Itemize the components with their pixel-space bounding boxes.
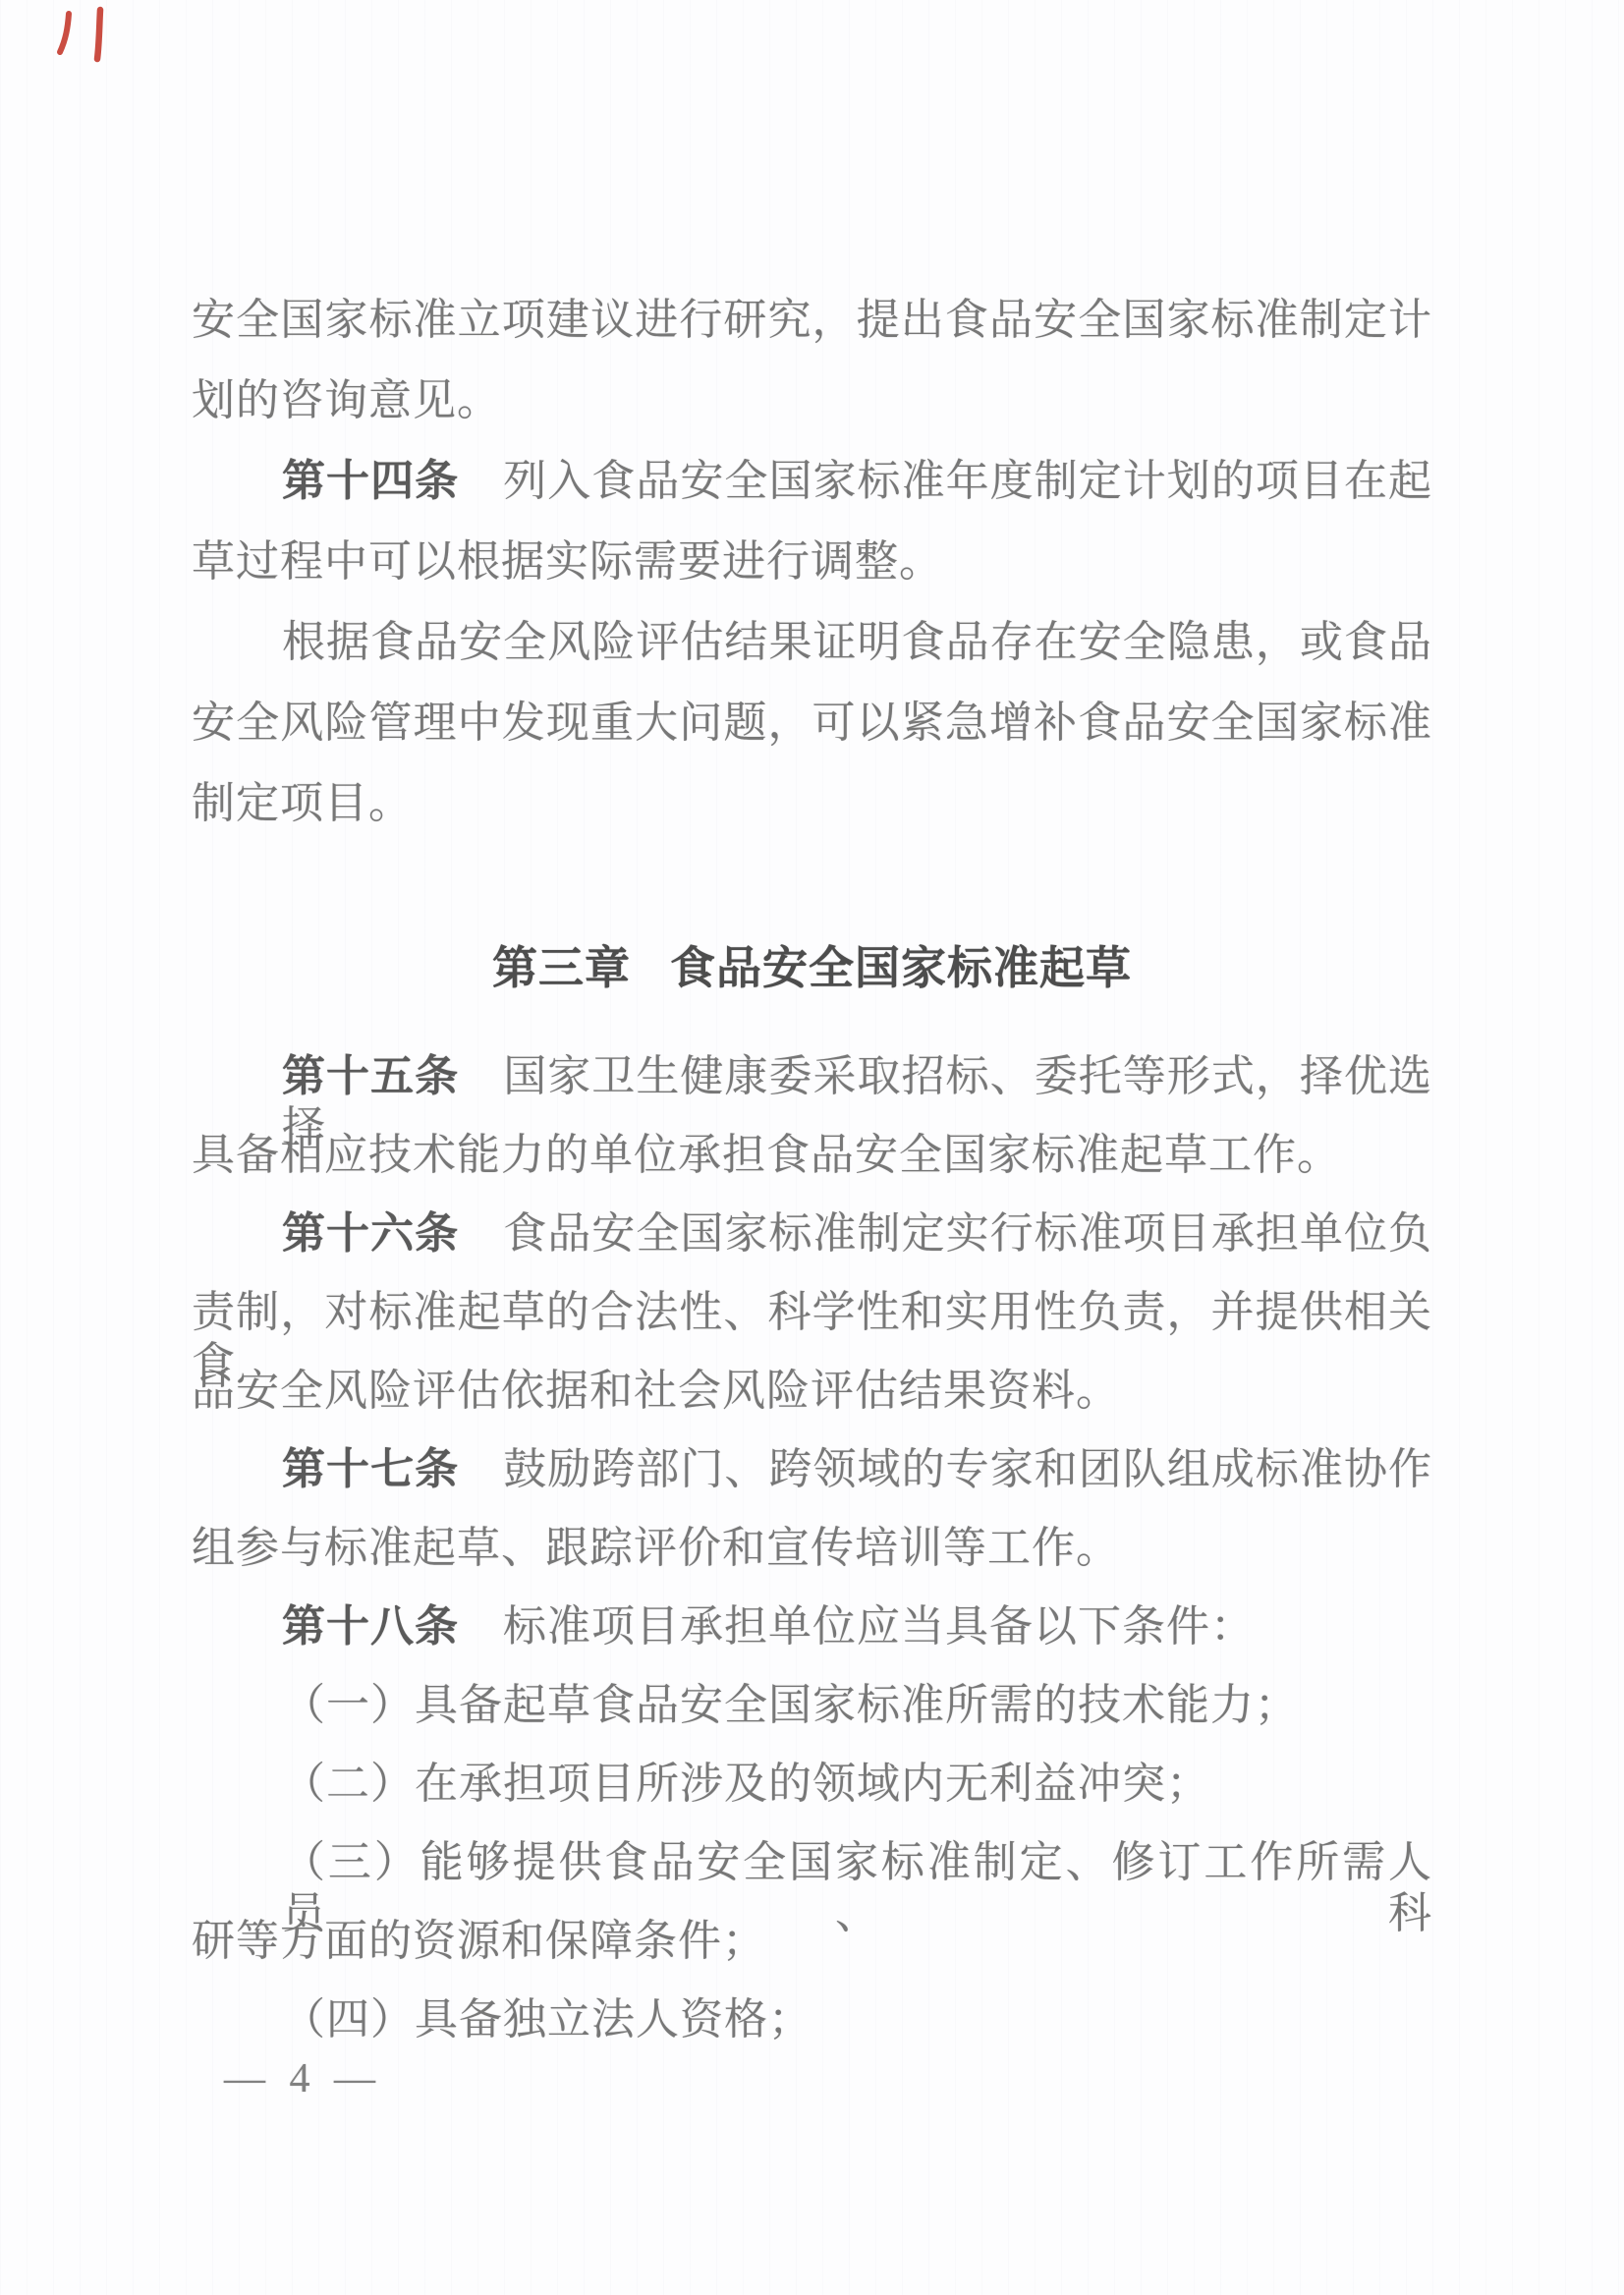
chapter-number: 第三章 bbox=[492, 942, 631, 993]
body-line: （四）具备独立法人资格； bbox=[192, 1994, 1432, 2045]
body-line: 具备相应技术能力的单位承担食品安全国家标准起草工作。 bbox=[192, 1130, 1432, 1181]
page-number: — 4 — bbox=[224, 2057, 382, 2100]
article-number: 第十五条 bbox=[282, 1052, 459, 1100]
body-line: 组参与标准起草、跟踪评价和宣传培训等工作。 bbox=[192, 1523, 1432, 1574]
document-page: 安全国家标准立项建议进行研究，提出食品安全国家标准制定计 划的咨询意见。 第十四… bbox=[0, 0, 1624, 2295]
body-line: 第十四条 列入食品安全国家标准年度制定计划的项目在起 bbox=[192, 456, 1432, 507]
chapter-title: 食品安全国家标准起草 bbox=[670, 942, 1132, 993]
body-line: 研等方面的资源和保障条件； bbox=[192, 1916, 1432, 1967]
body-line: 第十七条 鼓励跨部门、跨领域的专家和团队组成标准协作 bbox=[192, 1444, 1432, 1495]
article-number: 第十四条 bbox=[282, 457, 459, 505]
body-line: 划的咨询意见。 bbox=[192, 375, 1432, 426]
body-line: 安全风险管理中发现重大问题，可以紧急增补食品安全国家标准 bbox=[192, 698, 1432, 749]
body-line: 草过程中可以根据实际需要进行调整。 bbox=[192, 536, 1432, 588]
red-ink-mark bbox=[49, 6, 120, 63]
chapter-heading: 第三章食品安全国家标准起草 bbox=[192, 941, 1432, 994]
body-line: 制定项目。 bbox=[192, 778, 1432, 829]
article-number: 第十六条 bbox=[282, 1209, 459, 1258]
body-line: （一）具备起草食品安全国家标准所需的技术能力； bbox=[192, 1680, 1432, 1731]
article-number: 第十七条 bbox=[282, 1445, 459, 1493]
body-line: 根据食品安全风险评估结果证明食品存在安全隐患，或食品 bbox=[192, 617, 1432, 668]
body-line: 品安全风险评估依据和社会风险评估结果资料。 bbox=[192, 1366, 1432, 1417]
article-number: 第十八条 bbox=[282, 1602, 459, 1651]
body-line: 安全国家标准立项建议进行研究，提出食品安全国家标准制定计 bbox=[192, 295, 1432, 346]
body-line: （二）在承担项目所涉及的领域内无利益冲突； bbox=[192, 1759, 1432, 1810]
body-line: 第十八条 标准项目承担单位应当具备以下条件： bbox=[192, 1601, 1432, 1652]
body-line: 第十六条 食品安全国家标准制定实行标准项目承担单位负 bbox=[192, 1208, 1432, 1259]
